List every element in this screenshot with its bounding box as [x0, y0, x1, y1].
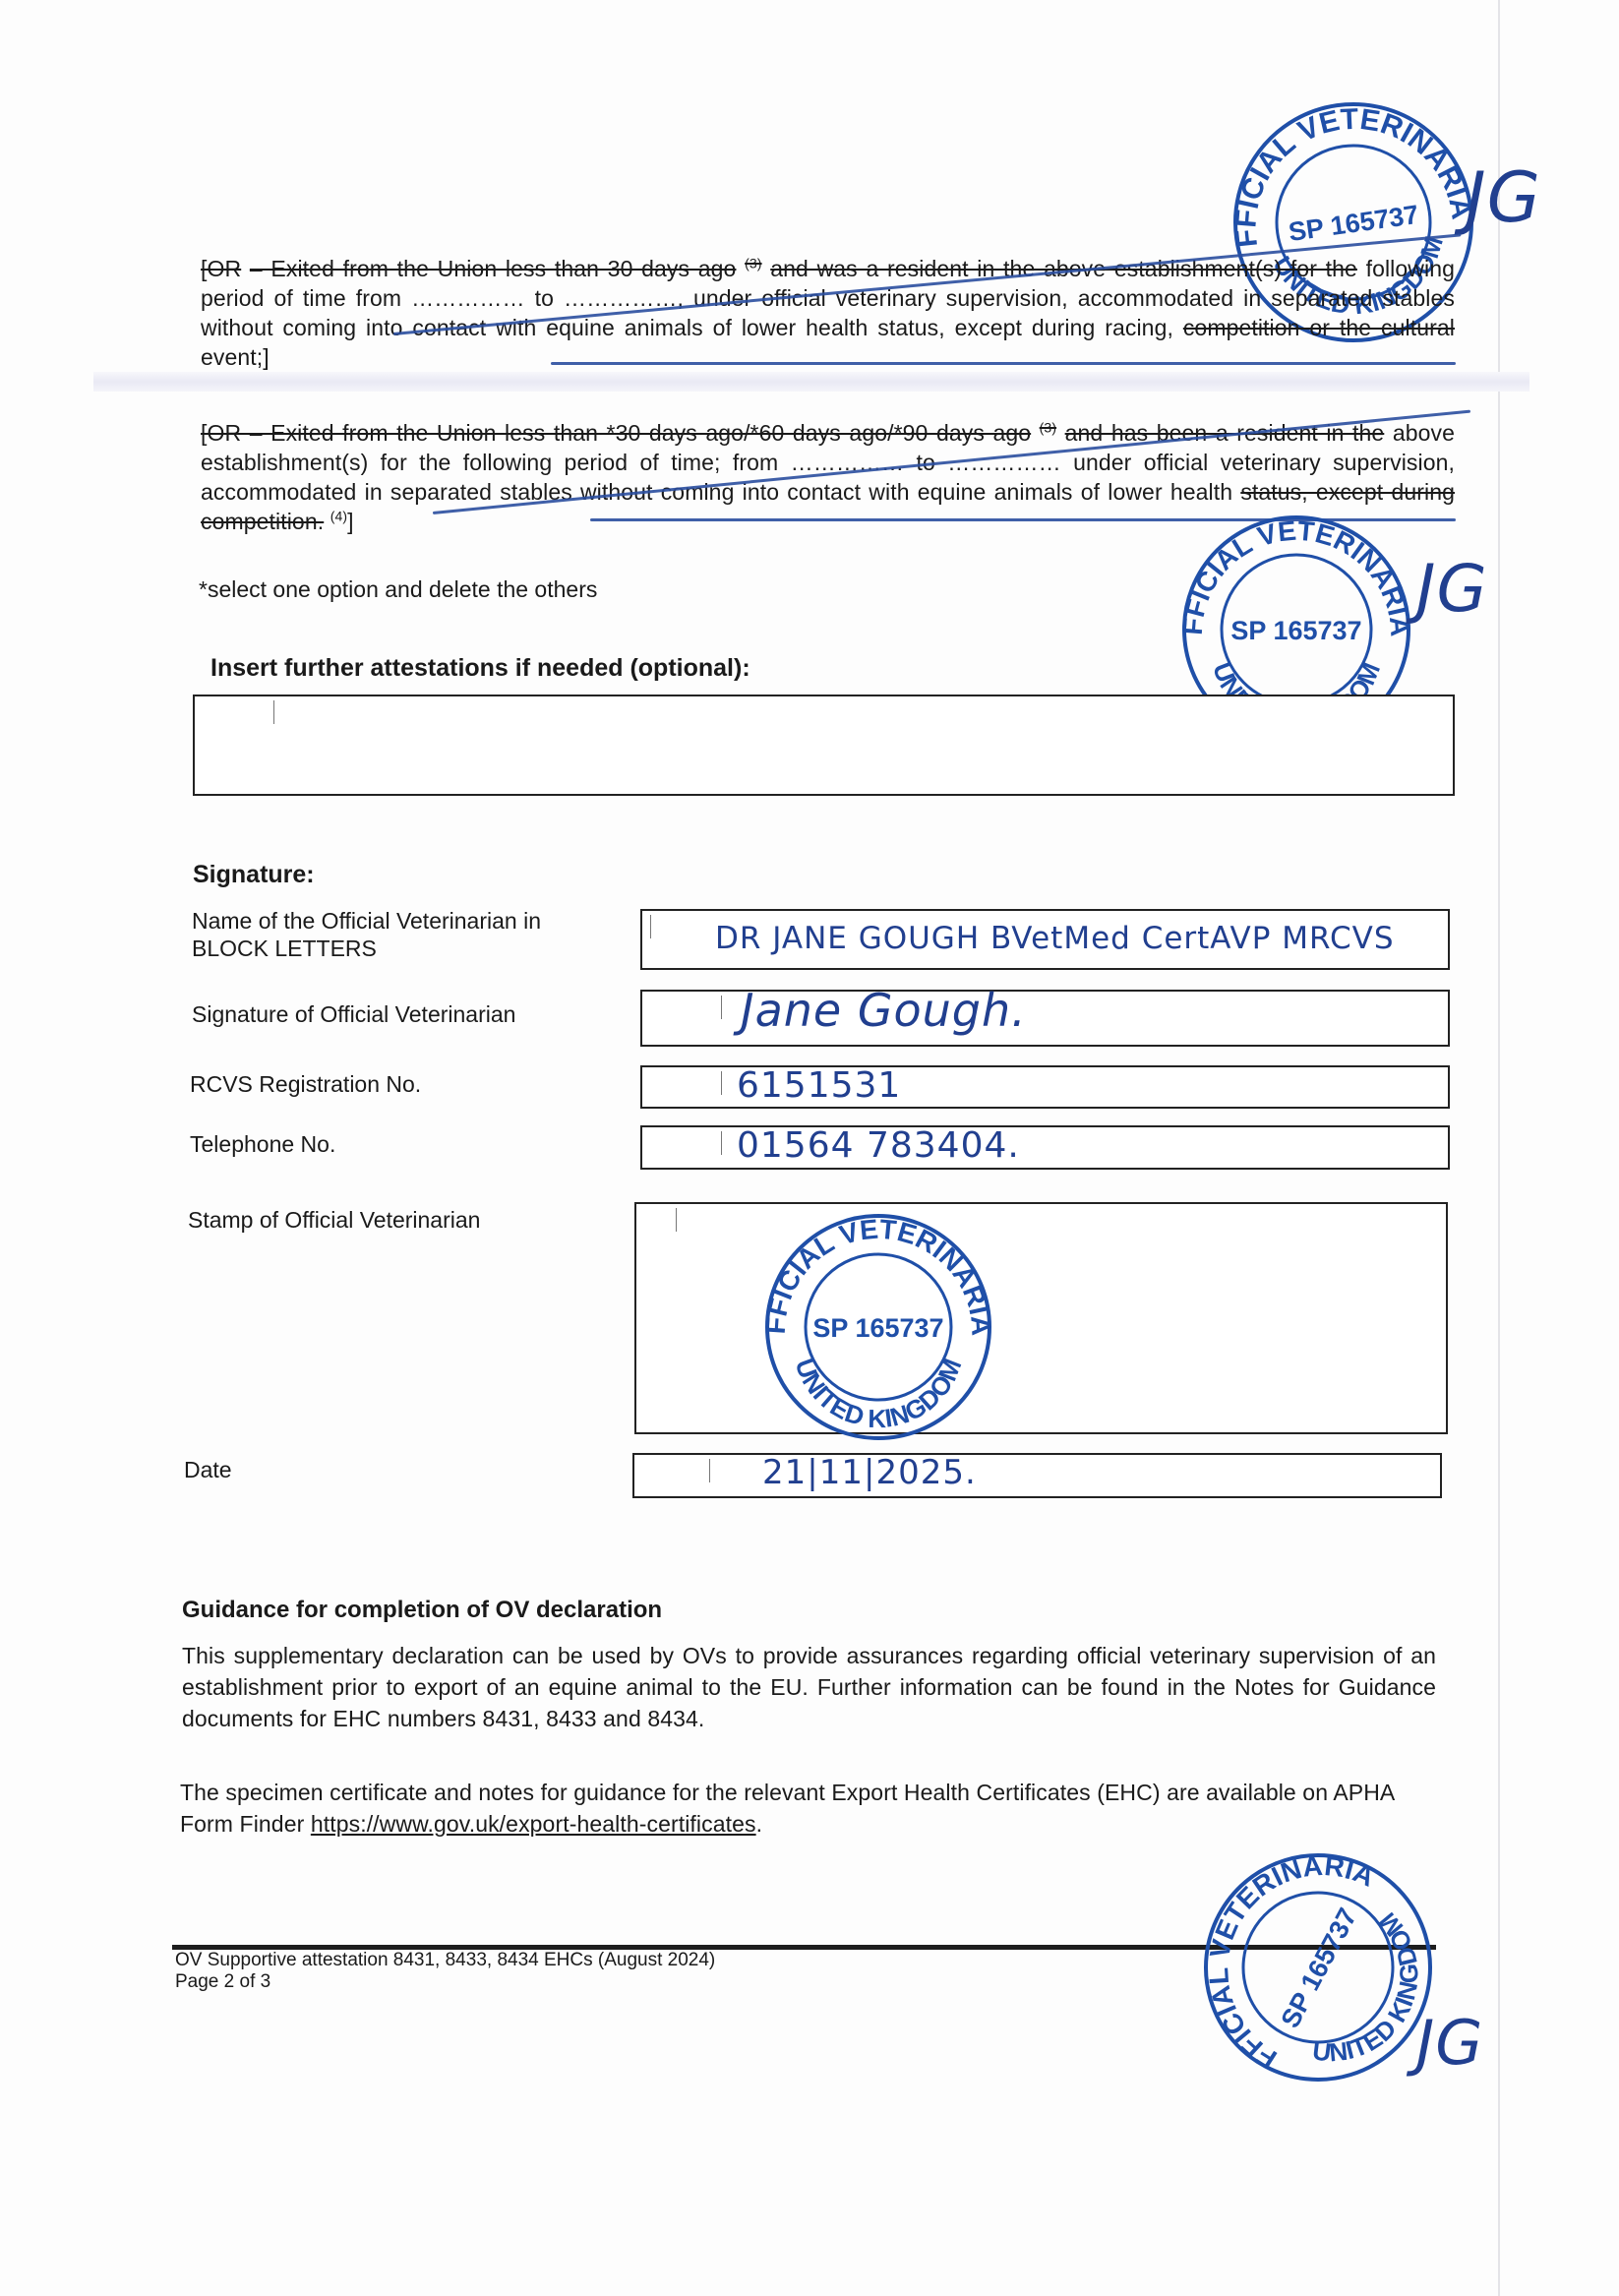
scan-page-edge [1498, 0, 1500, 2296]
further-attestations-field[interactable] [193, 695, 1455, 796]
ov-name-label: Name of the Official Veterinarian in BLO… [192, 907, 541, 962]
date-label: Date [184, 1456, 232, 1483]
field-guide-tick [273, 700, 274, 724]
initials-middle: JG [1416, 551, 1488, 627]
ov-name-field[interactable]: DR JANE GOUGH BVetMed CertAVP MRCVS [640, 909, 1450, 970]
ov-stamp-bottom: OFFICIAL VETERINARIAN UNITED KINGDOM SP … [1200, 1849, 1436, 2085]
field-guide-tick [709, 1459, 710, 1482]
telephone-label: Telephone No. [190, 1130, 335, 1158]
scan-artifact [93, 372, 1529, 392]
svg-text:SP 165737: SP 165737 [1275, 1903, 1362, 2033]
footer-doc-title: OV Supportive attestation 8431, 8433, 84… [175, 1950, 715, 1971]
field-guide-tick [650, 915, 651, 938]
field-guide-tick [721, 1131, 722, 1155]
ov-stamp-box: OFFICIAL VETERINARIAN UNITED KINGDOM SP … [759, 1208, 997, 1446]
svg-text:SP 165737: SP 165737 [812, 1313, 943, 1343]
pen-strike-line [551, 362, 1456, 365]
initials-top: JG [1466, 157, 1541, 238]
stamp-label: Stamp of Official Veterinarian [188, 1206, 480, 1234]
rcvs-value: 6151531 [737, 1065, 901, 1106]
ov-signature-field[interactable]: Jane Gough. [640, 990, 1450, 1047]
signature-heading: Signature: [193, 861, 315, 889]
guidance-paragraph-1: This supplementary declaration can be us… [182, 1640, 1436, 1734]
telephone-value: 01564 783404. [737, 1125, 1020, 1166]
ov-signature-value: Jane Gough. [741, 984, 1027, 1037]
option-1-paragraph: [OR – Exited from the Union less than 30… [201, 254, 1455, 372]
field-guide-tick [721, 996, 722, 1019]
rcvs-label: RCVS Registration No. [190, 1070, 421, 1098]
field-guide-tick [721, 1071, 722, 1095]
guidance-heading: Guidance for completion of OV declaratio… [182, 1597, 662, 1624]
initials-bottom: JG [1416, 2007, 1483, 2079]
export-health-certificates-link[interactable]: https://www.gov.uk/export-health-certifi… [311, 1811, 756, 1837]
ov-signature-label: Signature of Official Veterinarian [192, 1000, 515, 1028]
field-guide-tick [676, 1208, 677, 1232]
guidance-paragraph-2: The specimen certificate and notes for g… [180, 1777, 1439, 1840]
rcvs-field[interactable]: 6151531 [640, 1065, 1450, 1109]
ov-name-value: DR JANE GOUGH BVetMed CertAVP MRCVS [715, 921, 1395, 956]
further-attestations-heading: Insert further attestations if needed (o… [210, 654, 750, 683]
stamp-field[interactable] [634, 1202, 1448, 1434]
footer-page-number: Page 2 of 3 [175, 1971, 270, 1993]
select-option-note: *select one option and delete the others [199, 575, 597, 603]
svg-text:UNITED KINGDOM: UNITED KINGDOM [790, 1355, 968, 1433]
svg-text:SP 165737: SP 165737 [1230, 616, 1361, 645]
date-field[interactable]: 21|11|2025. [632, 1453, 1442, 1498]
telephone-field[interactable]: 01564 783404. [640, 1125, 1450, 1170]
date-value: 21|11|2025. [762, 1453, 977, 1492]
